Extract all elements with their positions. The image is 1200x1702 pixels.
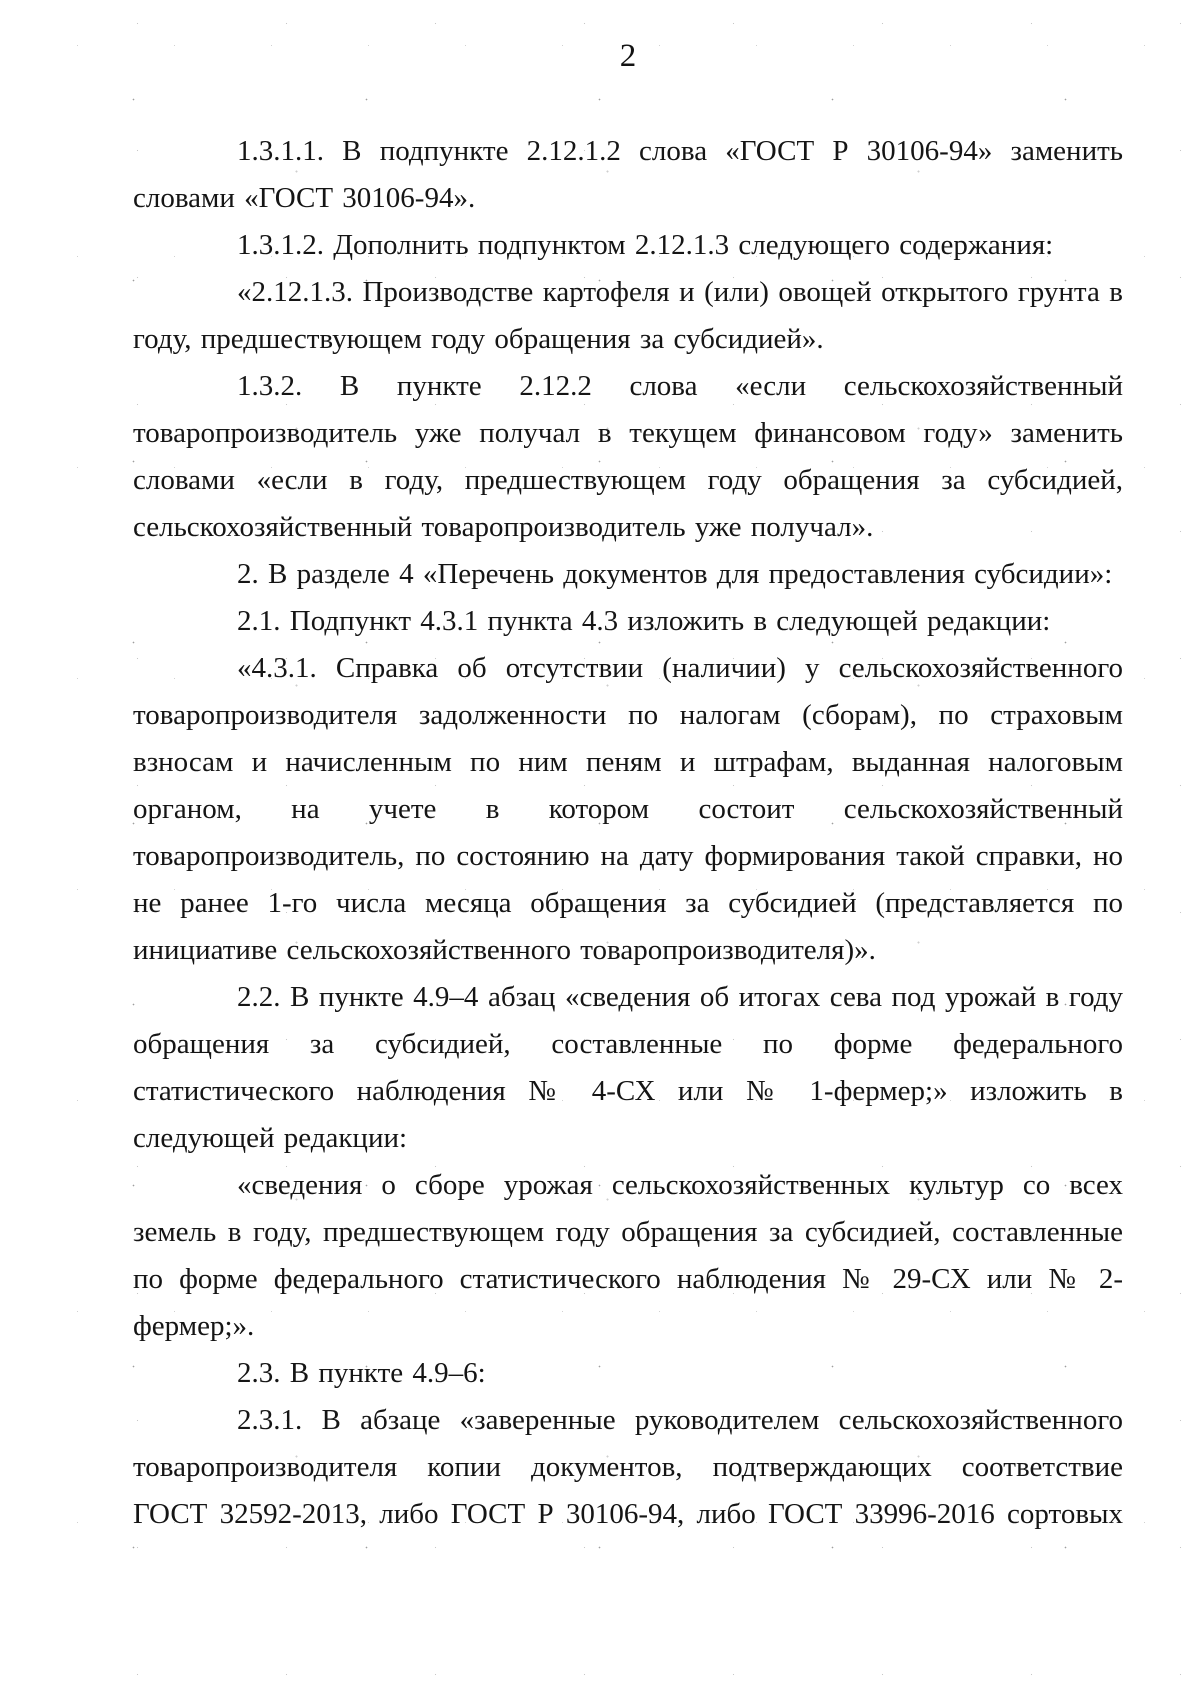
document-body: 1.3.1.1. В подпункте 2.12.1.2 слова «ГОС… — [133, 128, 1123, 1538]
paragraph: 2.3.1. В абзаце «заверенные руководителе… — [133, 1397, 1123, 1538]
page-number: 2 — [133, 34, 1123, 78]
paragraph: «4.3.1. Справка об отсутствии (наличии) … — [133, 645, 1123, 974]
paragraph: 1.3.1.1. В подпункте 2.12.1.2 слова «ГОС… — [133, 128, 1123, 222]
paragraph: «сведения о сборе урожая сельскохозяйств… — [133, 1162, 1123, 1350]
paragraph: 1.3.1.2. Дополнить подпунктом 2.12.1.3 с… — [133, 222, 1123, 269]
paragraph: 2. В разделе 4 «Перечень документов для … — [133, 551, 1123, 598]
paragraph: 2.3. В пункте 4.9–6: — [133, 1350, 1123, 1397]
paragraph: 2.1. Подпункт 4.3.1 пункта 4.3 изложить … — [133, 598, 1123, 645]
document-page: 2 1.3.1.1. В подпункте 2.12.1.2 слова «Г… — [0, 0, 1200, 1702]
paragraph: «2.12.1.3. Производстве картофеля и (или… — [133, 269, 1123, 363]
paragraph: 2.2. В пункте 4.9–4 абзац «сведения об и… — [133, 974, 1123, 1162]
paragraph: 1.3.2. В пункте 2.12.2 слова «если сельс… — [133, 363, 1123, 551]
